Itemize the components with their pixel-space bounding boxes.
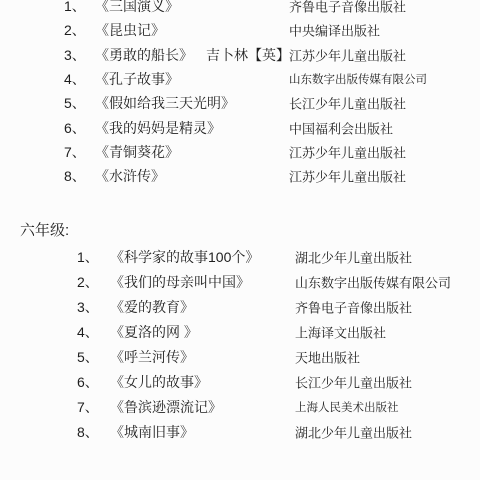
book-publisher: 江苏少年儿童出版社 <box>289 167 406 186</box>
book-title: 《科学家的故事100个》 <box>110 247 259 267</box>
book-title: 《三国演义》 <box>95 0 179 16</box>
book-publisher: 湖北少年儿童出版社 <box>295 422 412 441</box>
book-publisher: 江苏少年儿童出版社 <box>289 45 406 64</box>
book-publisher: 中国福利会出版社 <box>289 118 393 137</box>
book-number: 4、 <box>64 69 95 89</box>
book-number: 8、 <box>64 166 95 186</box>
book-number: 8、 <box>77 422 110 442</box>
book-author: 吉卜林【英】 <box>206 45 290 65</box>
book-number: 6、 <box>77 372 110 392</box>
book-publisher: 上海译文出版社 <box>295 322 386 341</box>
book-title: 《孔子故事》 <box>95 69 179 89</box>
book-row: 7、 《青铜葵花》 江苏少年儿童出版社 <box>0 140 480 164</box>
book-row: 3、 《爱的教育》 齐鲁电子音像出版社 <box>0 294 480 319</box>
book-number: 1、 <box>64 0 95 16</box>
book-title: 《我们的母亲叫中国》 <box>110 272 250 292</box>
book-number: 7、 <box>64 142 95 162</box>
book-row: 2、 《我们的母亲叫中国》 山东数字出版传媒有限公司 <box>0 269 480 294</box>
book-publisher: 上海人民美术出版社 <box>295 399 399 415</box>
book-title: 《夏洛的网 》 <box>110 322 198 342</box>
book-title: 《勇敢的船长》 <box>95 45 193 65</box>
book-number: 7、 <box>77 397 110 417</box>
book-row: 1、 《科学家的故事100个》 湖北少年儿童出版社 <box>0 244 480 269</box>
book-row: 4、 《孔子故事》 山东数字出版传媒有限公司 <box>0 67 480 91</box>
book-row: 7、 《鲁滨逊漂流记》 上海人民美术出版社 <box>0 394 480 419</box>
book-publisher: 湖北少年儿童出版社 <box>295 247 412 266</box>
book-title: 《青铜葵花》 <box>95 142 179 162</box>
book-title: 《假如给我三天光明》 <box>95 93 235 113</box>
book-title: 《我的妈妈是精灵》 <box>95 118 221 138</box>
book-number: 3、 <box>77 297 110 317</box>
book-number: 3、 <box>64 45 95 65</box>
book-publisher: 山东数字出版传媒有限公司 <box>289 71 427 87</box>
book-number: 4、 <box>77 322 110 342</box>
grade5-book-list: 1、 《三国演义》 齐鲁电子音像出版社 2、 《昆虫记》 中央编译出版社 3、 … <box>0 0 480 188</box>
book-number: 5、 <box>64 93 95 113</box>
book-title: 《爱的教育》 <box>110 297 194 317</box>
book-row: 6、 《女儿的故事》 长江少年儿童出版社 <box>0 369 480 394</box>
book-title: 《昆虫记》 <box>95 20 165 40</box>
book-publisher: 齐鲁电子音像出版社 <box>289 0 406 16</box>
book-number: 2、 <box>64 20 95 40</box>
book-number: 2、 <box>77 272 110 292</box>
book-title: 《城南旧事》 <box>110 422 194 442</box>
book-row: 4、 《夏洛的网 》 上海译文出版社 <box>0 319 480 344</box>
book-number: 6、 <box>64 118 95 138</box>
book-publisher: 中央编译出版社 <box>289 21 380 40</box>
book-title: 《女儿的故事》 <box>110 372 208 392</box>
book-publisher: 江苏少年儿童出版社 <box>289 142 406 161</box>
book-row: 2、 《昆虫记》 中央编译出版社 <box>0 18 480 42</box>
book-number: 5、 <box>77 347 110 367</box>
book-row: 6、 《我的妈妈是精灵》 中国福利会出版社 <box>0 115 480 139</box>
book-publisher: 长江少年儿童出版社 <box>289 94 406 113</box>
book-number: 1、 <box>77 247 110 267</box>
book-row: 8、 《城南旧事》 湖北少年儿童出版社 <box>0 419 480 444</box>
book-publisher: 齐鲁电子音像出版社 <box>295 297 412 316</box>
book-publisher: 长江少年儿童出版社 <box>295 372 412 391</box>
book-row: 8、 《水浒传》 江苏少年儿童出版社 <box>0 164 480 188</box>
book-row: 1、 《三国演义》 齐鲁电子音像出版社 <box>0 0 480 18</box>
book-title: 《呼兰河传》 <box>110 347 194 367</box>
book-title: 《水浒传》 <box>95 166 165 186</box>
book-publisher: 山东数字出版传媒有限公司 <box>295 272 451 291</box>
book-publisher: 天地出版社 <box>295 347 360 366</box>
book-row: 3、 《勇敢的船长》 吉卜林【英】 江苏少年儿童出版社 <box>0 43 480 67</box>
book-row: 5、 《假如给我三天光明》 长江少年儿童出版社 <box>0 91 480 115</box>
book-title: 《鲁滨逊漂流记》 <box>110 397 222 417</box>
book-row: 5、 《呼兰河传》 天地出版社 <box>0 344 480 369</box>
grade6-book-list: 1、 《科学家的故事100个》 湖北少年儿童出版社 2、 《我们的母亲叫中国》 … <box>0 244 480 444</box>
grade6-heading: 六年级: <box>20 219 69 240</box>
document-page: 1、 《三国演义》 齐鲁电子音像出版社 2、 《昆虫记》 中央编译出版社 3、 … <box>0 0 480 480</box>
